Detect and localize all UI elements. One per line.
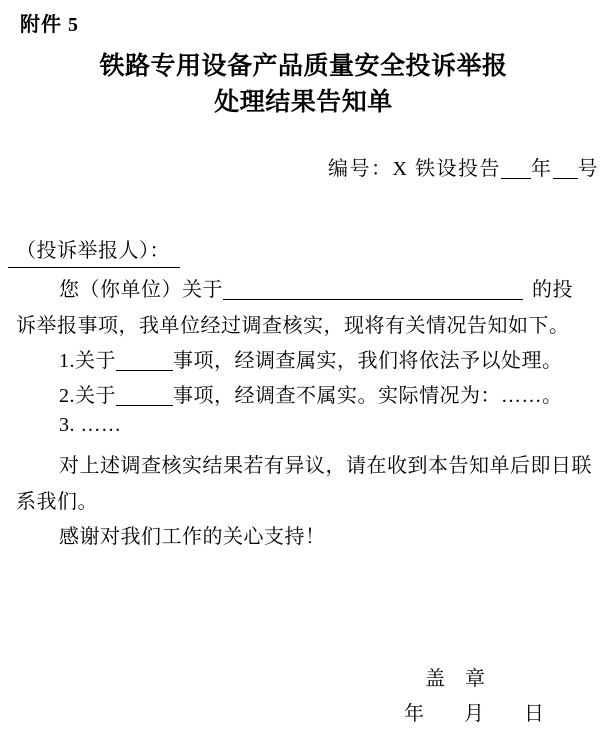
- document-title-line1: 铁路专用设备产品质量安全投诉举报: [0, 46, 607, 82]
- item2-prefix: 2.关于: [59, 385, 116, 407]
- paragraph1-line1: 您（你单位）关于的投: [59, 273, 573, 302]
- list-item-2: 2.关于事项，经调查不属实。实际情况为：……。: [59, 379, 563, 408]
- reference-number-line: 编号：X 铁设投告年号: [328, 152, 599, 181]
- list-item-1: 1.关于事项，经调查属实，我们将依法予以处理。: [59, 344, 563, 373]
- paragraph2-line1: 对上述调查核实结果若有异议，请在收到本告知单后即日联: [59, 449, 592, 478]
- item2-suffix: 事项，经调查不属实。实际情况为：……。: [173, 385, 563, 407]
- document-title-line2: 处理结果告知单: [0, 82, 607, 118]
- addressee-line: （投诉举报人）：: [8, 234, 180, 268]
- date-label: 年 月 日: [404, 697, 544, 726]
- attachment-label: 附件 5: [20, 8, 79, 37]
- ref-year-blank-field: [501, 158, 531, 179]
- notification-document: 附件 5 铁路专用设备产品质量安全投诉举报 处理结果告知单 编号：X 铁设投告年…: [0, 0, 607, 730]
- item2-blank-field: [116, 385, 173, 406]
- ref-year-label: 年: [531, 158, 553, 180]
- item1-prefix: 1.关于: [59, 350, 116, 372]
- paragraph1-prefix: 您（你单位）关于: [59, 279, 223, 301]
- ref-number-blank-field: [553, 158, 578, 179]
- paragraph3-thanks: 感谢对我们工作的关心支持！: [59, 520, 326, 549]
- item1-suffix: 事项，经调查属实，我们将依法予以处理。: [173, 350, 563, 372]
- ref-prefix: 编号：X 铁设投告: [328, 158, 501, 180]
- item1-blank-field: [116, 350, 173, 371]
- paragraph2-line2: 系我们。: [16, 485, 98, 514]
- ref-number-label: 号: [578, 158, 600, 180]
- complaint-subject-blank-field: [223, 279, 523, 300]
- paragraph1-after-blank: 的投: [532, 279, 573, 301]
- paragraph1-line2: 诉举报事项，我单位经过调查核实，现将有关情况告知如下。: [16, 309, 570, 338]
- stamp-label: 盖 章: [425, 662, 485, 691]
- list-item-3: 3. ……: [59, 414, 122, 437]
- addressee-label: （投诉举报人）：: [8, 234, 180, 268]
